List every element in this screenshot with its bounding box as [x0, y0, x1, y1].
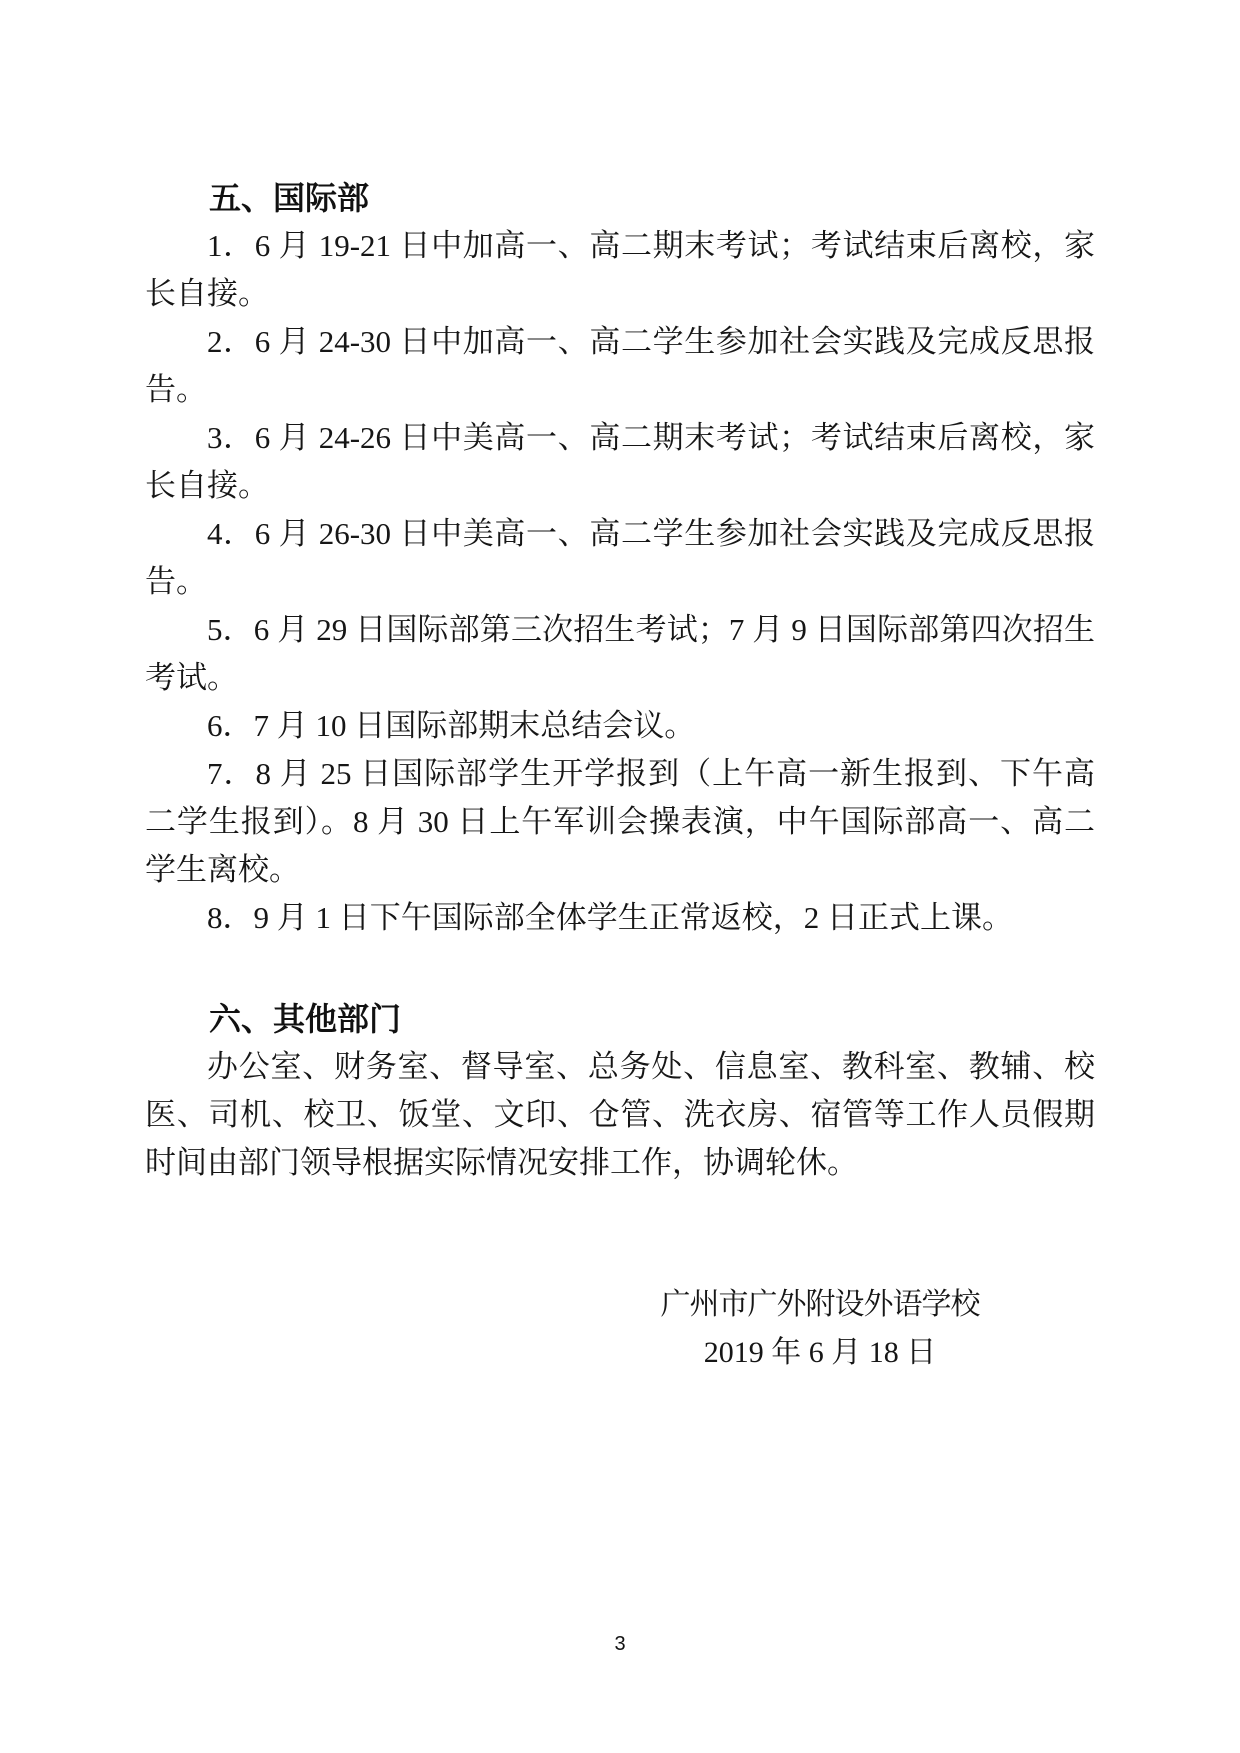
intl-item-8: 8．9 月 1 日下午国际部全体学生正常返校，2 日正式上课。 — [145, 894, 1095, 942]
intl-item-7: 7．8 月 25 日国际部学生开学报到（上午高一新生报到、下午高二学生报到）。8… — [145, 750, 1095, 894]
section-international-dept: 五、国际部 1．6 月 19-21 日中加高一、高二期末考试；考试结束后离校，家… — [145, 174, 1095, 942]
signature-date: 2019 年 6 月 18 日 — [540, 1329, 1100, 1377]
other-departments-paragraph: 办公室、财务室、督导室、总务处、信息室、教科室、教辅、校医、司机、校卫、饭堂、文… — [145, 1043, 1095, 1187]
signature-org-name: 广州市广外附设外语学校 — [540, 1281, 1100, 1329]
intl-item-3: 3．6 月 24-26 日中美高一、高二期末考试；考试结束后离校，家长自接。 — [145, 414, 1095, 510]
signature-block: 广州市广外附设外语学校 2019 年 6 月 18 日 — [540, 1281, 1100, 1377]
intl-item-2: 2．6 月 24-30 日中加高一、高二学生参加社会实践及完成反思报告。 — [145, 318, 1095, 414]
section-other-departments: 六、其他部门 办公室、财务室、督导室、总务处、信息室、教科室、教辅、校医、司机、… — [145, 995, 1095, 1187]
intl-item-6: 6．7 月 10 日国际部期末总结会议。 — [145, 702, 1095, 750]
intl-item-1: 1．6 月 19-21 日中加高一、高二期末考试；考试结束后离校，家长自接。 — [145, 222, 1095, 318]
section-6-heading: 六、其他部门 — [145, 995, 1095, 1043]
intl-item-4: 4．6 月 26-30 日中美高一、高二学生参加社会实践及完成反思报告。 — [145, 510, 1095, 606]
page-number: 3 — [0, 1632, 1240, 1656]
document-page: 五、国际部 1．6 月 19-21 日中加高一、高二期末考试；考试结束后离校，家… — [0, 0, 1240, 1753]
section-5-heading: 五、国际部 — [145, 174, 1095, 222]
intl-item-5: 5．6 月 29 日国际部第三次招生考试；7 月 9 日国际部第四次招生考试。 — [145, 606, 1095, 702]
